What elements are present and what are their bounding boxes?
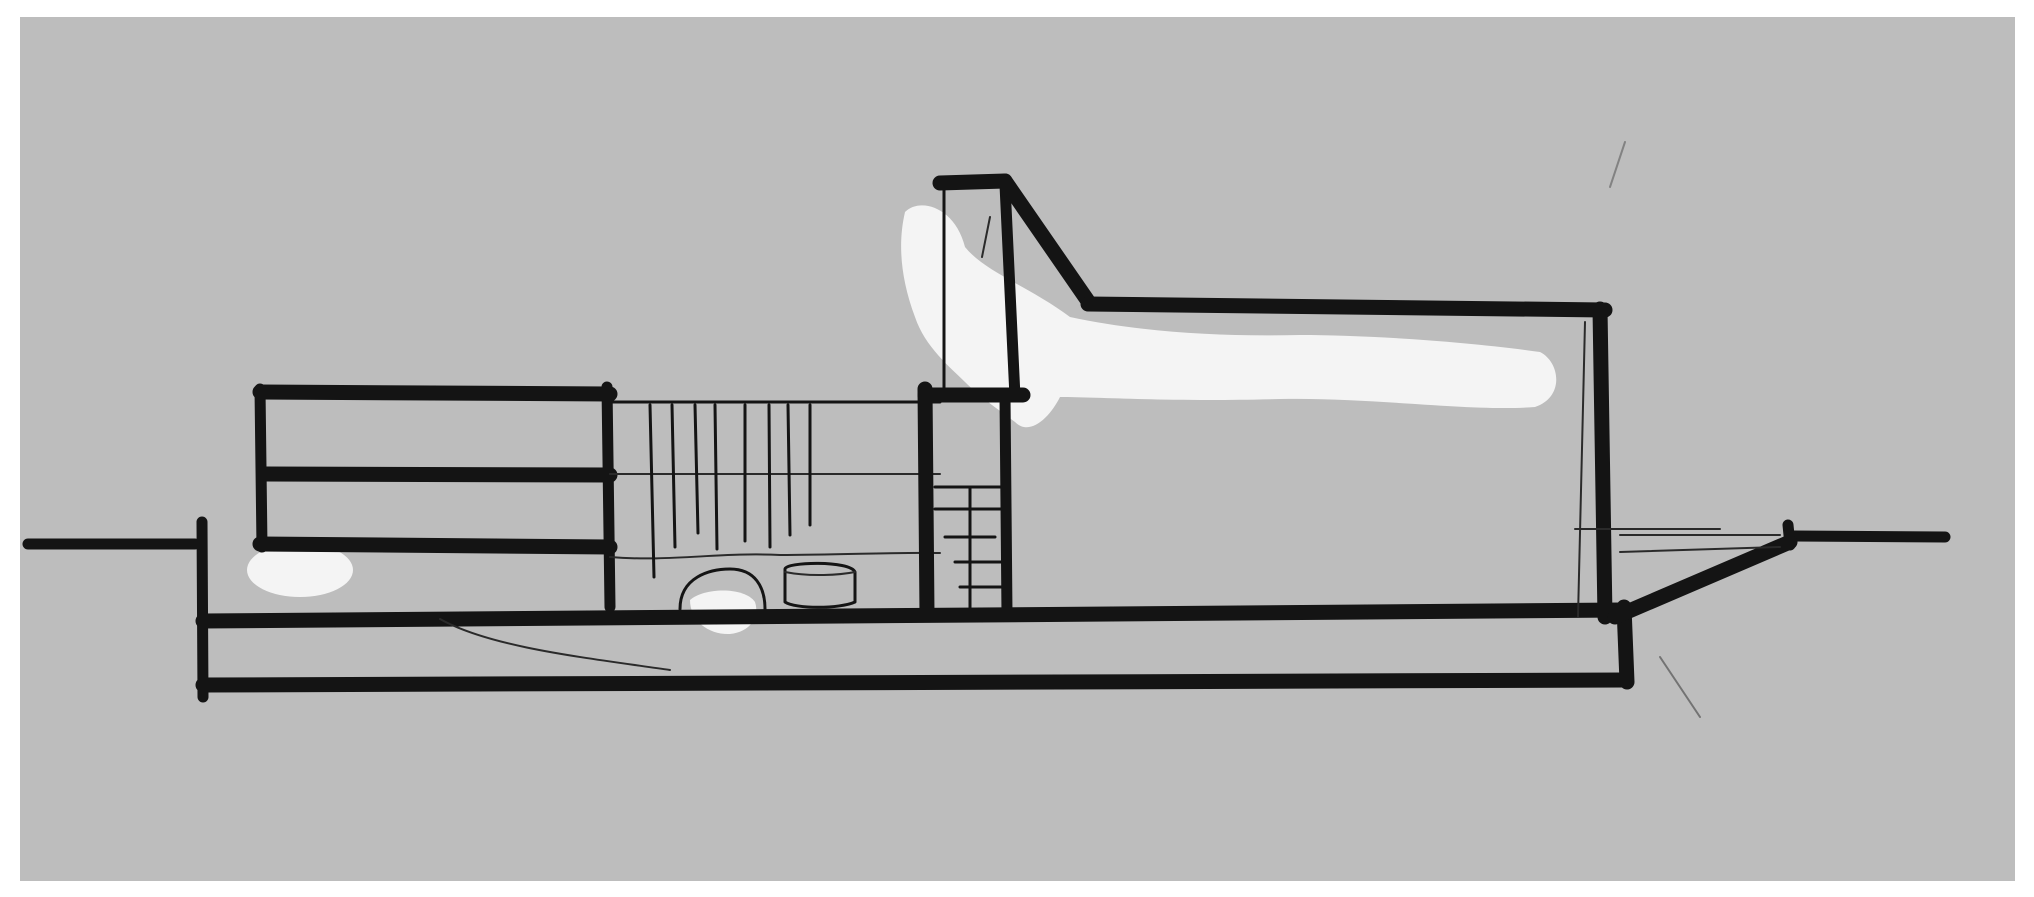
pencil-smudge — [1660, 657, 1700, 717]
section-sketch — [20, 17, 2015, 881]
ground-line-right — [1794, 536, 1945, 537]
white-light-wash — [247, 205, 1556, 634]
stair-core — [925, 389, 1023, 614]
entry-ramp — [1615, 525, 1790, 617]
pencil-smudge — [1610, 142, 1625, 187]
drawing-sheet — [20, 17, 2015, 881]
central-vertical-slat-screen — [610, 402, 940, 577]
